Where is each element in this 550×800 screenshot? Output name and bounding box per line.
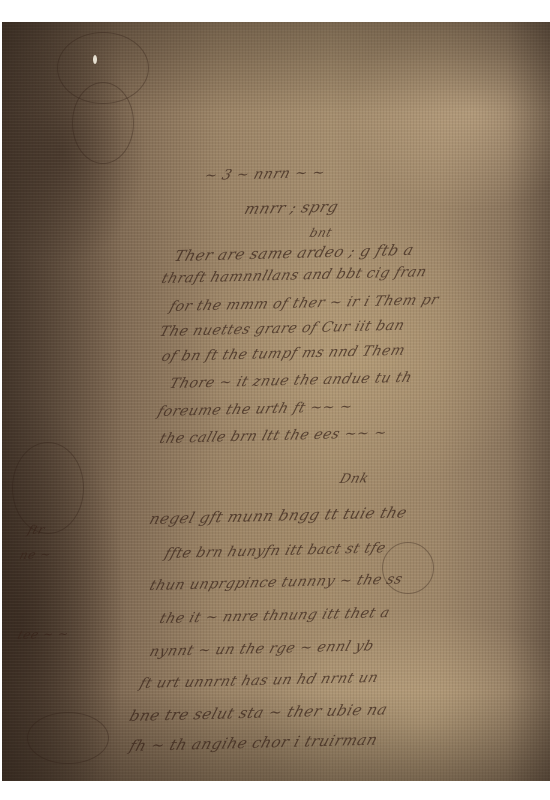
script-line: mnrr ; sprg xyxy=(242,198,341,218)
ornament-swirl xyxy=(12,442,84,534)
script-line: ~ 3 ~ nnrn ~ ~ xyxy=(203,165,328,184)
script-line: Dnk xyxy=(338,471,371,487)
script-line: ne ~ xyxy=(18,547,53,562)
ornament-swirl xyxy=(27,712,109,764)
parchment-texture: ~ 3 ~ nnrn ~ ~mnrr ; sprgbntTher are sam… xyxy=(2,22,550,781)
script-line: tee ~ ~ xyxy=(16,627,71,642)
script-line: bnt xyxy=(308,225,334,240)
ornament-swirl xyxy=(72,82,134,164)
